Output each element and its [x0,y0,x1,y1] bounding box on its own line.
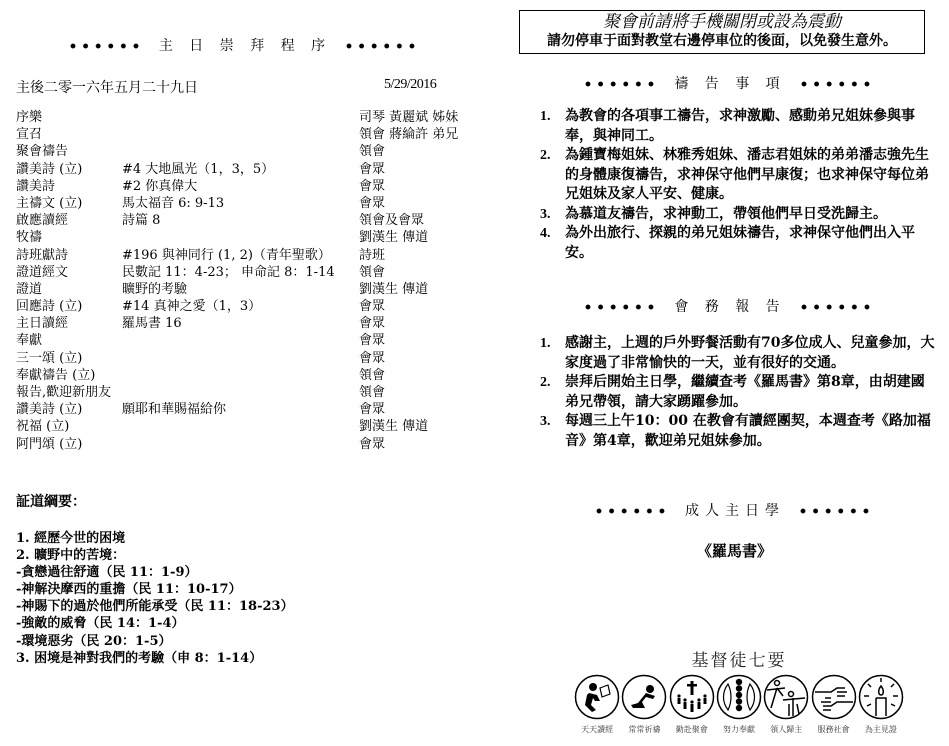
item-text: 每週三上午10：00 在教會有讀經團契，本週查考《路加福音》第4章，歡迎弟兄姐妹… [565,413,931,449]
prayer-item: 2.為鍾寶梅姐妹、林雅秀姐妹、潘志君姐妹的弟弟潘志強先生的身體康復禱告，求神保守… [540,146,935,205]
essential-prayer: 常常祈禱 [621,674,667,735]
candle-witness-icon [858,674,904,720]
prayer-heading: 禱 告 事 項 [540,73,920,93]
announcement-item: 3.每週三上午10：00 在教會有讀經團契，本週查考《路加福音》第4章，歡迎弟兄… [540,412,935,451]
ornament-divider-left [595,507,671,515]
fish-offering-icon [716,674,762,720]
program-heading: 主 日 崇 拜 程 序 [60,35,430,55]
program-leader: 會眾 [359,161,385,178]
essential-gathering: 勤赴聚會 [669,674,715,735]
ornament-divider-left [69,42,145,50]
program-content: 詩篇 8 [122,212,160,229]
program-item: 三一頌 (立) [16,350,82,367]
parking-notice: 請勿停車于面對教堂右邊停車位的後面，以免發生意外。 [520,32,924,51]
program-item: 牧禱 [16,229,42,246]
program-row: 啟應讀經詩篇 8領會及會眾 [16,212,486,229]
ornament-divider-left [584,303,660,311]
reading-bible-icon [574,674,620,720]
leading-people-icon [763,674,809,720]
essential-label: 勤赴聚會 [676,724,708,735]
program-item: 讚美詩 (立) [16,401,82,418]
program-row: 詩班獻詩#196 與神同行 (1, 2)（青年聖歌）詩班 [16,247,486,264]
program-item: 啟應讀經 [16,212,68,229]
program-row: 阿門頌 (立)會眾 [16,436,486,453]
program-leader: 會眾 [359,315,385,332]
program-item: 證道經文 [16,264,68,281]
item-text: 為慕道友禱告，求神動工，帶領他們早日受洗歸主。 [565,206,887,222]
phone-notice: 聚會前請將手機關閉或設為震動 [520,12,924,32]
program-row: 三一頌 (立)會眾 [16,350,486,367]
program-content: 馬太福音 6: 9-13 [122,195,224,212]
item-text: 感謝主，上週的戶外野餐活動有70多位成人、兒童參加，大家度過了非常愉快的一天，並… [565,335,934,371]
program-item: 讚美詩 (立) [16,161,82,178]
program-item: 讚美詩 [16,178,55,195]
item-number: 3. [540,205,551,225]
program-leader: 會眾 [359,350,385,367]
program-leader: 劉漢生 傳道 [359,229,428,246]
item-text: 崇拜后開始主日學，繼續查考《羅馬書》第8章，由胡建國弟兄帶領，請大家踴躍參加。 [565,374,925,410]
program-row: 讚美詩 (立)願耶和華賜福給你會眾 [16,401,486,418]
outline-line: -神解決摩西的重擔（民 11：10-17） [16,581,294,598]
essential-evangelism: 領人歸主 [763,674,809,735]
sunday-school-book: 《羅馬書》 [520,540,949,561]
program-row: 讚美詩#2 你真偉大會眾 [16,178,486,195]
kneeling-prayer-icon [621,674,667,720]
seven-essentials: 基督徒七要 天天讀經 常常祈禱 勤赴聚會 努力奉獻 領人歸主 服務社會 為主見證 [574,646,904,735]
program-row: 主禱文 (立)馬太福音 6: 9-13會眾 [16,195,486,212]
program-row: 主日讀經羅馬書 16會眾 [16,315,486,332]
essential-label: 服務社會 [818,724,850,735]
item-number: 4. [540,224,551,244]
item-number: 3. [540,412,551,432]
program-item: 序樂 [16,109,42,126]
program-content: 羅馬書 16 [122,315,182,332]
gathering-cross-icon [669,674,715,720]
ornament-divider-right [800,303,876,311]
program-leader: 會眾 [359,332,385,349]
program-leader: 領會 [359,143,385,160]
program-content: #196 與神同行 (1, 2)（青年聖歌） [122,247,331,264]
program-leader: 領會 蔣綸許 弟兄 [359,126,458,143]
program-row: 牧禱劉漢生 傳道 [16,229,486,246]
program-item: 聚會禱告 [16,143,68,160]
prayer-item: 3.為慕道友禱告，求神動工，帶領他們早日受洗歸主。 [540,205,935,225]
program-leader: 會眾 [359,178,385,195]
program-item: 奉獻 [16,332,42,349]
date-numeric: 5/29/2016 [384,77,436,93]
announcement-list: 1.感謝主，上週的戶外野餐活動有70多位成人、兒童參加，大家度過了非常愉快的一天… [540,334,935,451]
serving-hands-icon [811,674,857,720]
program-row: 報告,歡迎新朋友領會 [16,384,486,401]
program-item: 祝福 (立) [16,418,69,435]
worship-program-list: 序樂司琴 黃麗斌 姊妹 宣召領會 蔣綸許 弟兄 聚會禱告領會 讚美詩 (立)#4… [16,109,486,453]
ornament-divider-right [800,80,876,88]
report-title: 會 務 報 告 [674,299,785,315]
ornament-divider-right [799,507,875,515]
outline-line: -神賜下的過於他們所能承受（民 11：18-23） [16,598,294,615]
program-item: 主日讀經 [16,315,68,332]
program-row: 奉獻禱告 (立)領會 [16,367,486,384]
program-content: #14 真神之愛（1，3） [122,298,261,315]
program-leader: 領會 [359,384,385,401]
outline-line: -強敵的威脅（民 14：1-4） [16,615,294,632]
program-content: 願耶和華賜福給你 [122,401,226,418]
outline-line: -環境惡劣（民 20：1-5） [16,633,294,650]
program-leader: 劉漢生 傳道 [359,281,428,298]
program-row: 回應詩 (立)#14 真神之愛（1，3）會眾 [16,298,486,315]
program-leader: 會眾 [359,436,385,453]
program-item: 報告,歡迎新朋友 [16,384,111,401]
program-content: 曠野的考驗 [122,281,187,298]
outline-line: 3. 困境是神對我們的考驗（申 8：1-14） [16,650,294,667]
program-item: 主禱文 (立) [16,195,82,212]
sermon-outline: 1. 經歷今世的困境 2. 曠野中的苦境： -貪戀過往舒適（民 11：1-9） … [16,530,294,667]
prayer-item: 4.為外出旅行、探親的弟兄姐妹禱告，求神保守他們出入平安。 [540,224,935,263]
program-leader: 詩班 [359,247,385,264]
program-row: 讚美詩 (立)#4 大地風光（1，3，5）會眾 [16,161,486,178]
outline-line: 2. 曠野中的苦境： [16,547,294,564]
announcement-item: 1.感謝主，上週的戶外野餐活動有70多位成人、兒童參加，大家度過了非常愉快的一天… [540,334,935,373]
essential-reading: 天天讀經 [574,674,620,735]
program-leader: 劉漢生 傳道 [359,418,428,435]
program-content: 民數記 11：4-23； 申命記 8：1-14 [122,264,335,281]
seven-essentials-title: 基督徒七要 [574,646,904,671]
program-item: 回應詩 (立) [16,298,82,315]
program-leader: 領會 [359,264,385,281]
item-text: 為鍾寶梅姐妹、林雅秀姐妹、潘志君姐妹的弟弟潘志強先生的身體康復禱告，求神保守他們… [565,147,929,202]
prayer-title: 禱 告 事 項 [674,76,785,92]
program-row: 奉獻會眾 [16,332,486,349]
item-number: 2. [540,146,551,166]
program-content: #4 大地風光（1，3，5） [122,161,274,178]
item-text: 為教會的各項事工禱告，求神激勵、感動弟兄姐妹參與事奉，與神同工。 [565,108,915,144]
program-item: 奉獻禱告 (立) [16,367,95,384]
sunday-school-heading: 成人主日學 [560,500,910,520]
program-leader: 會眾 [359,195,385,212]
program-leader: 司琴 黃麗斌 姊妹 [359,109,458,126]
program-leader: 會眾 [359,401,385,418]
service-date: 主後二零一六年五月二十九日 5/29/2016 [16,77,446,97]
sermon-outline-title: 証道綱要： [16,491,86,511]
item-number: 1. [540,334,551,354]
date-chinese: 主後二零一六年五月二十九日 [16,80,198,96]
sunday-school-title: 成人主日學 [685,503,785,519]
notice-box: 聚會前請將手機關閉或設為震動 請勿停車于面對教堂右邊停車位的後面，以免發生意外。 [519,10,925,54]
prayer-list: 1.為教會的各項事工禱告，求神激勵、感動弟兄姐妹參與事奉，與神同工。 2.為鍾寶… [540,107,935,263]
program-row: 祝福 (立)劉漢生 傳道 [16,418,486,435]
program-leader: 領會及會眾 [359,212,424,229]
report-heading: 會 務 報 告 [540,296,920,316]
essential-label: 領人歸主 [770,724,802,735]
program-leader: 領會 [359,367,385,384]
program-item: 宣召 [16,126,42,143]
essential-label: 天天讀經 [581,724,613,735]
essential-offering: 努力奉獻 [716,674,762,735]
program-row: 證道經文民數記 11：4-23； 申命記 8：1-14領會 [16,264,486,281]
program-item: 詩班獻詩 [16,247,68,264]
announcement-item: 2.崇拜后開始主日學，繼續查考《羅馬書》第8章，由胡建國弟兄帶領，請大家踴躍參加… [540,373,935,412]
essential-label: 常常祈禱 [628,724,660,735]
item-text: 為外出旅行、探親的弟兄姐妹禱告，求神保守他們出入平安。 [565,225,915,261]
item-number: 2. [540,373,551,393]
program-item: 證道 [16,281,42,298]
essential-witness: 為主見證 [858,674,904,735]
program-row: 聚會禱告領會 [16,143,486,160]
essential-label: 努力奉獻 [723,724,755,735]
program-leader: 會眾 [359,298,385,315]
ornament-divider-right [345,42,421,50]
outline-line: 1. 經歷今世的困境 [16,530,294,547]
program-row: 宣召領會 蔣綸許 弟兄 [16,126,486,143]
program-row: 序樂司琴 黃麗斌 姊妹 [16,109,486,126]
essential-label: 為主見證 [865,724,897,735]
ornament-divider-left [584,80,660,88]
program-title: 主 日 崇 拜 程 序 [159,38,331,54]
program-row: 證道曠野的考驗劉漢生 傳道 [16,281,486,298]
program-item: 阿門頌 (立) [16,436,82,453]
program-content: #2 你真偉大 [122,178,197,195]
essential-service: 服務社會 [810,674,856,735]
item-number: 1. [540,107,551,127]
prayer-item: 1.為教會的各項事工禱告，求神激勵、感動弟兄姐妹參與事奉，與神同工。 [540,107,935,146]
outline-line: -貪戀過往舒適（民 11：1-9） [16,564,294,581]
